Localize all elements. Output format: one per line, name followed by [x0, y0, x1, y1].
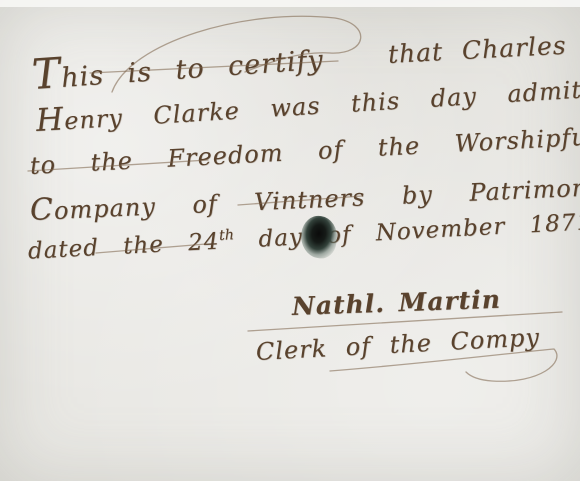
day-number: 24: [187, 229, 220, 257]
clerk-title-line: Clerk of the Compy: [255, 323, 540, 366]
certificate-paper: This is to certify that Charles Henry Cl…: [0, 0, 580, 481]
line-that-charles: that Charles: [387, 31, 567, 69]
wax-seal-hole: [298, 214, 339, 261]
day-ordinal-suffix: th: [219, 227, 235, 244]
dated-the-text: dated the: [27, 232, 164, 265]
clerk-signature: Nathl. Martin: [291, 285, 501, 321]
